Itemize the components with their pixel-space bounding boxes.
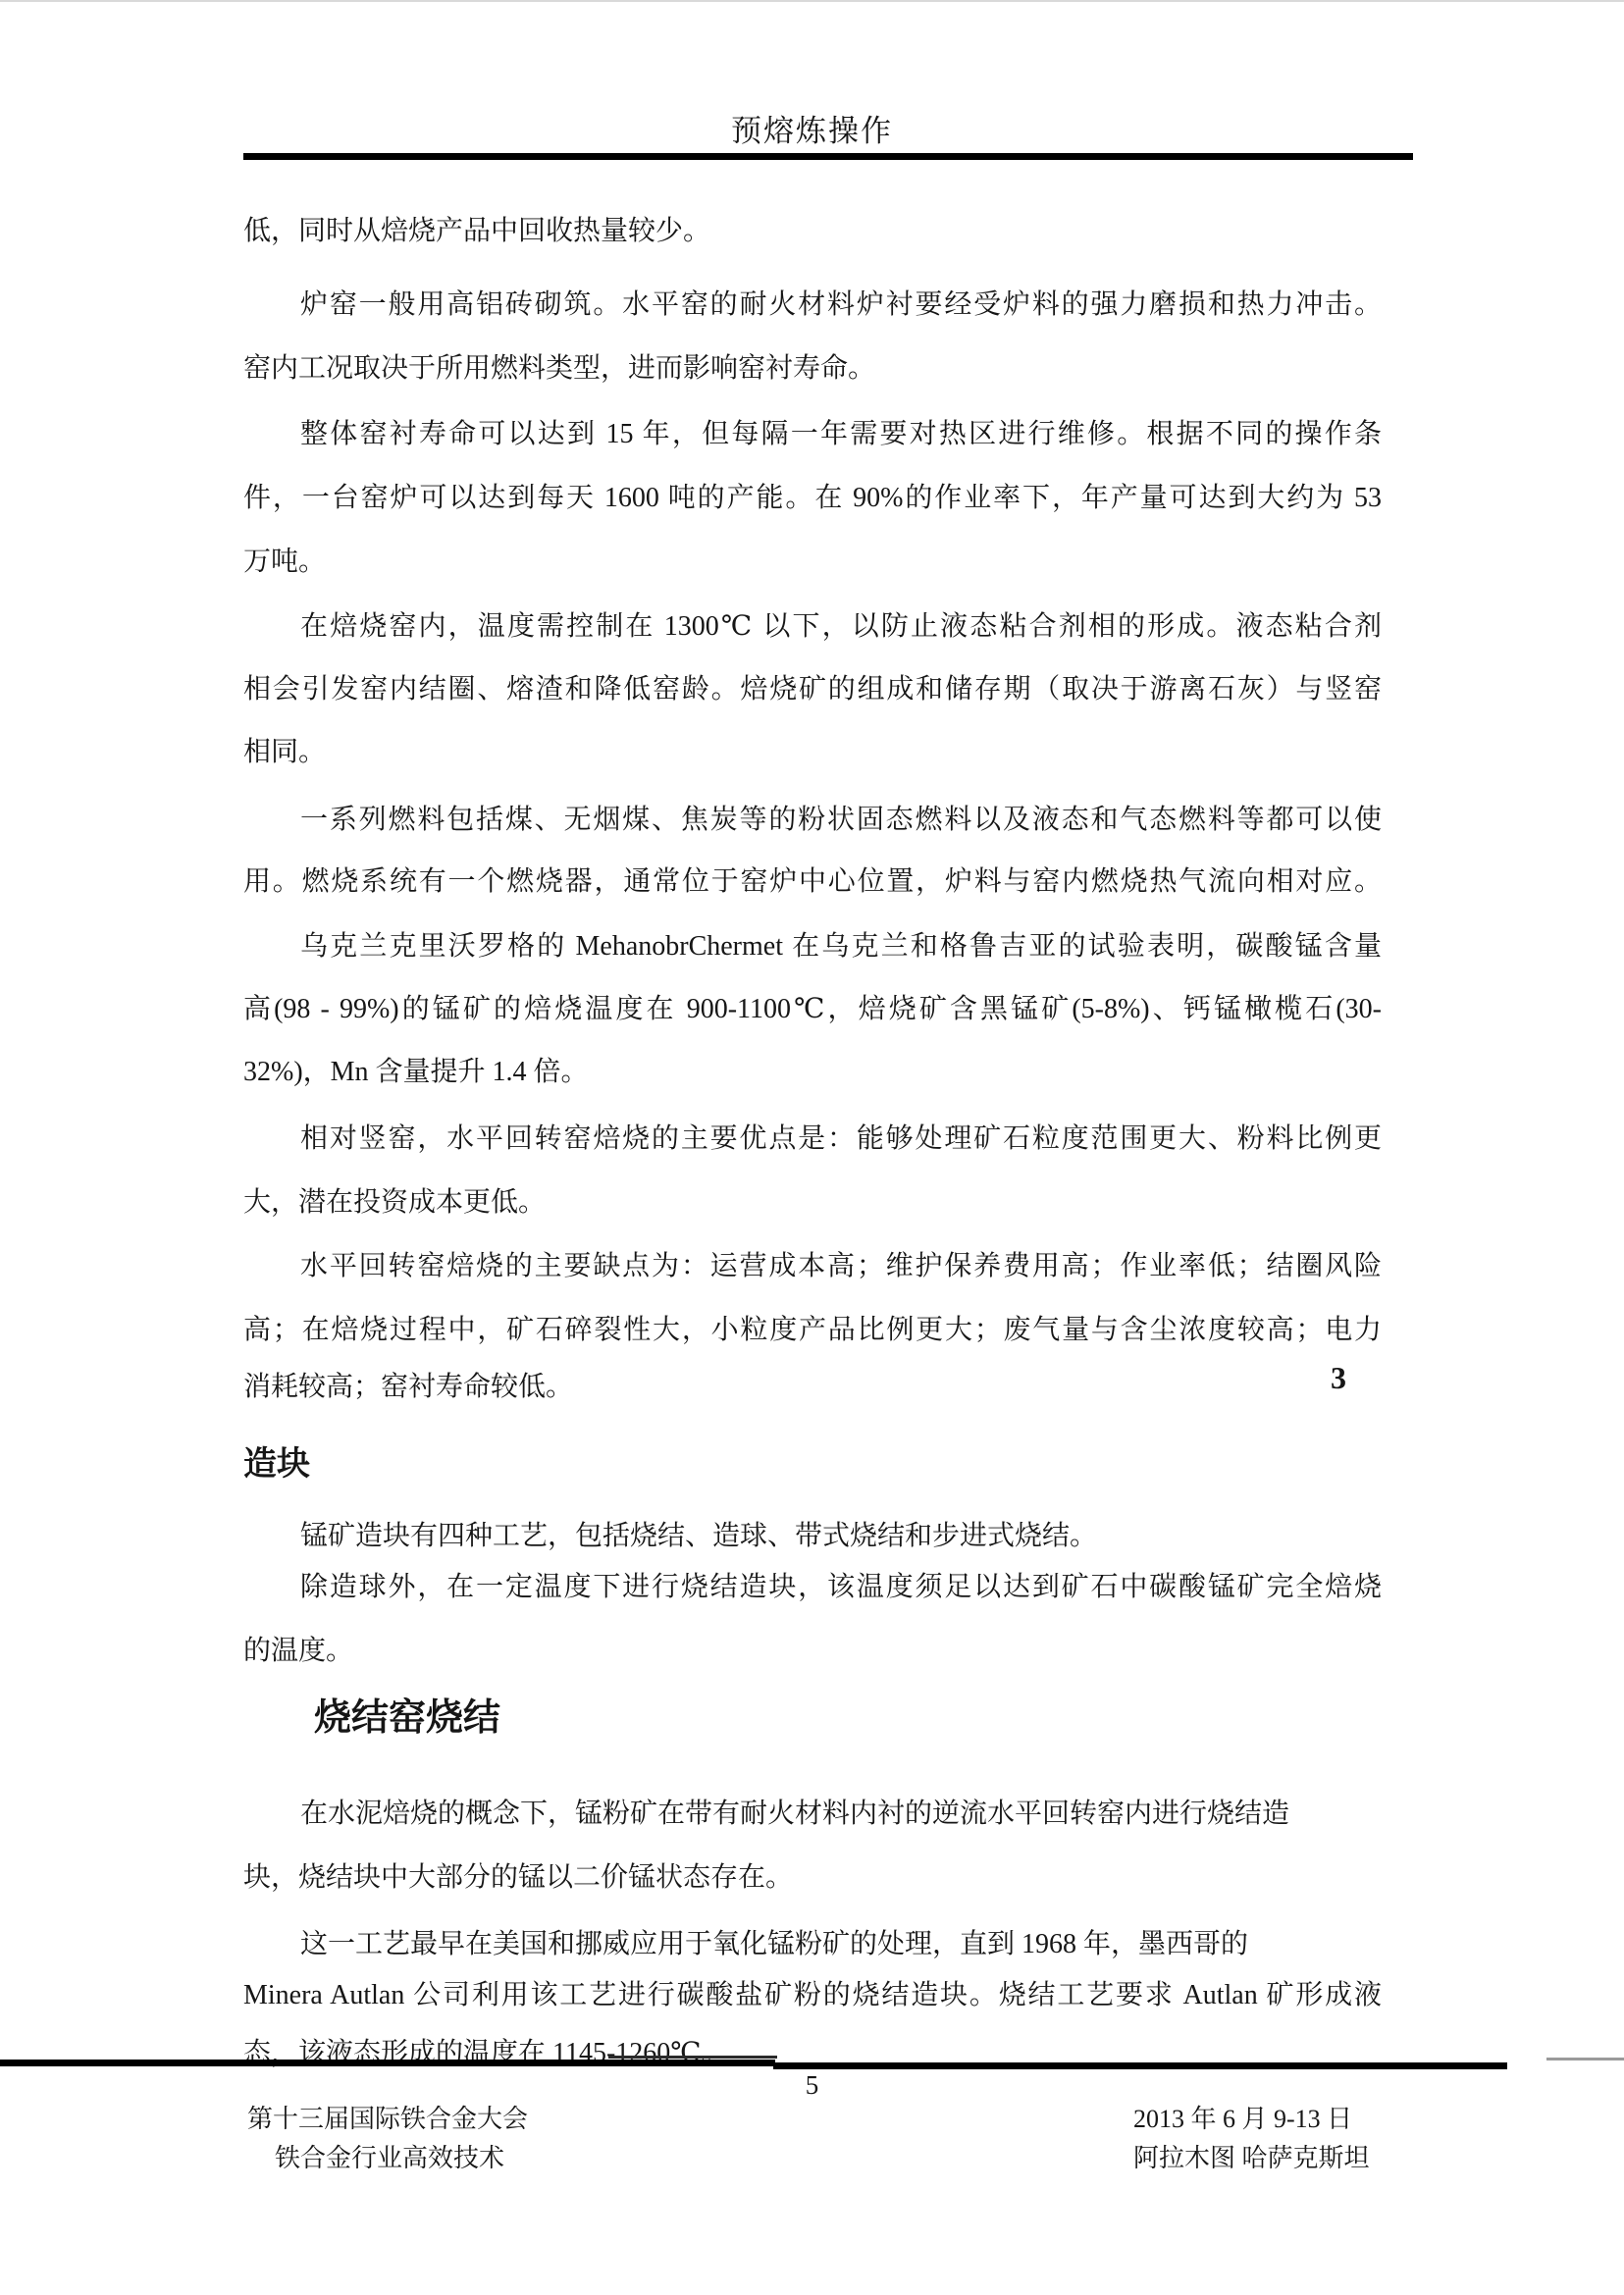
inline-page-marker: 3 [1331,1360,1346,1395]
text-line: 32%)，Mn 含量提升 1.4 倍。 [243,1055,1382,1090]
page-number: 5 [0,2070,1624,2100]
text-line: 相会引发窑内结圈、熔渣和降低窑龄。焙烧矿的组成和储存期（取决于游离石灰）与竖窑 [243,672,1382,707]
footer-rule-edge [1546,2058,1624,2060]
page-title: 预熔炼操作 [0,114,1624,149]
text-line: 一系列燃料包括煤、无烟煤、焦炭等的粉状固态燃料以及液态和气态燃料等都可以使 [243,803,1382,838]
text-line: 高；在焙烧过程中，矿石碎裂性大，小粒度产品比例更大；废气量与含尘浓度较高；电力 [243,1313,1382,1348]
footer-date: 2013 年 6 月 9-13 日 [1133,2104,1352,2135]
text-line: 用。燃烧系统有一个燃烧器，通常位于窑炉中心位置，炉料与窑内燃烧热气流向相对应。 [243,864,1382,900]
text-underline-segment [608,2056,777,2059]
text-line: 这一工艺最早在美国和挪威应用于氧化锰粉矿的处理，直到 1968 年，墨西哥的 [243,1927,1382,1962]
footer-location: 阿拉木图 哈萨克斯坦 [1133,2143,1370,2174]
section-heading-agglomeration: 造块 [243,1442,310,1487]
footer-conference-subtitle: 铁合金行业高效技术 [275,2143,504,2174]
text-line: 在水泥焙烧的概念下，锰粉矿在带有耐火材料内衬的逆流水平回转窑内进行烧结造 [243,1797,1382,1832]
text-line: 低，同时从焙烧产品中回收热量较少。 [243,214,1382,249]
text-line: 炉窑一般用高铝砖砌筑。水平窑的耐火材料炉衬要经受炉料的强力磨损和热力冲击。 [243,287,1382,323]
text-line: 窑内工况取决于所用燃料类型，进而影响窑衬寿命。 [243,351,1382,387]
text-line: 消耗较高；窑衬寿命较低。 [243,1370,1382,1405]
section-heading-sinter-kiln: 烧结窑烧结 [314,1694,500,1743]
text-line: 在焙烧窑内，温度需控制在 1300℃ 以下，以防止液态粘合剂相的形成。液态粘合剂 [243,609,1382,645]
text-line: 相同。 [243,735,1382,770]
text-line: 整体窑衬寿命可以达到 15 年，但每隔一年需要对热区进行维修。根据不同的操作条 [243,417,1382,452]
footer-rule-left [0,2060,775,2066]
text-line: 相对竖窑，水平回转窑焙烧的主要优点是：能够处理矿石粒度范围更大、粉料比例更 [243,1121,1382,1157]
text-line: 乌克兰克里沃罗格的 MehanobrChermet 在乌克兰和格鲁吉亚的试验表明… [243,929,1382,965]
footer-conference-name: 第十三届国际铁合金大会 [247,2104,528,2135]
text-line: 大，潜在投资成本更低。 [243,1185,1382,1221]
text-line: 件，一台窑炉可以达到每天 1600 吨的产能。在 90%的作业率下，年产量可达到… [243,481,1382,516]
header-rule [243,153,1413,160]
text-line: 块，烧结块中大部分的锰以二价锰状态存在。 [243,1860,1382,1896]
text-line: 水平回转窑焙烧的主要缺点为：运营成本高；维护保养费用高；作业率低；结圈风险 [243,1249,1382,1284]
document-page: 预熔炼操作 低，同时从焙烧产品中回收热量较少。 炉窑一般用高铝砖砌筑。水平窑的耐… [0,0,1624,2295]
text-line: 万吨。 [243,545,1382,580]
page-edge-line [0,0,1624,2]
text-line: 高(98 - 99%)的锰矿的焙烧温度在 900-1100℃，焙烧矿含黑锰矿(5… [243,992,1382,1027]
text-line: Minera Autlan 公司利用该工艺进行碳酸盐矿粉的烧结造块。烧结工艺要求… [243,1978,1382,2013]
footer-rule-right [773,2062,1507,2069]
text-line: 的温度。 [243,1634,1382,1669]
text-line: 除造球外，在一定温度下进行烧结造块，该温度须足以达到矿石中碳酸锰矿完全焙烧 [243,1570,1382,1605]
text-line: 锰矿造块有四种工艺，包括烧结、造球、带式烧结和步进式烧结。 [243,1519,1382,1554]
